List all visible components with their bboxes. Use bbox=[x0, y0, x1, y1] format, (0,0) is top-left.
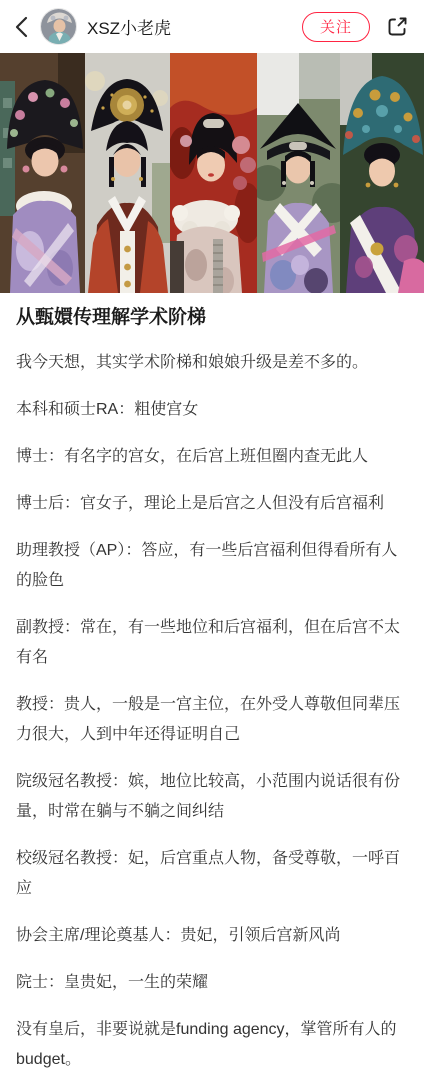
chevron-left-icon bbox=[11, 14, 33, 40]
post-paragraph: 校级冠名教授：妃，后宫重点人物，备受尊敬，一呼百应 bbox=[16, 844, 408, 904]
post-paragraph: 没有皇后，非要说就是funding agency，掌管所有人的budget。 bbox=[16, 1015, 408, 1075]
post-paragraph: 助理教授（AP）：答应，有一些后宫福利但得看所有人的脸色 bbox=[16, 536, 408, 596]
header: XSZ小老虎 关注 bbox=[0, 0, 424, 53]
post-image[interactable] bbox=[0, 53, 424, 293]
post-paragraph: 教授：贵人，一般是一宫主位，在外受人尊敬但同辈压力很大，人到中年还得证明自己 bbox=[16, 690, 408, 750]
avatar[interactable] bbox=[40, 8, 77, 45]
collage-panel-2 bbox=[85, 53, 170, 293]
share-external-icon bbox=[386, 15, 409, 38]
post-paragraph: 博士后：官女子，理论上是后宫之人但没有后宫福利 bbox=[16, 489, 408, 519]
post-title: 从甄嬛传理解学术阶梯 bbox=[16, 305, 408, 331]
username[interactable]: XSZ小老虎 bbox=[87, 14, 171, 39]
gold-clasp bbox=[371, 243, 384, 256]
post-content: 从甄嬛传理解学术阶梯 我今天想，其实学术阶梯和娘娘升级是差不多的。 本科和硕士R… bbox=[0, 293, 424, 1075]
post-paragraph: 院士：皇贵妃，一生的荣耀 bbox=[16, 968, 408, 998]
avatar-image bbox=[41, 9, 77, 45]
post-page: XSZ小老虎 关注 bbox=[0, 0, 424, 1080]
back-button[interactable] bbox=[8, 11, 36, 43]
post-paragraph: 副教授：常在，有一些地位和后宫福利，但在后宫不太有名 bbox=[16, 613, 408, 673]
silver-plaque bbox=[203, 119, 224, 128]
collage-panel-1 bbox=[0, 53, 85, 293]
post-paragraph: 协会主席/理论奠基人：贵妃，引领后宫新风尚 bbox=[16, 921, 408, 951]
collage-panel-4 bbox=[250, 53, 352, 293]
post-paragraph: 博士：有名字的宫女，在后宫上班但圈内查无此人 bbox=[16, 442, 408, 472]
collage-panel-5 bbox=[340, 53, 424, 293]
post-paragraph: 本科和硕士RA：粗使宫女 bbox=[16, 395, 408, 425]
collage-panel-3 bbox=[168, 53, 262, 293]
post-paragraph: 我今天想，其实学术阶梯和娘娘升级是差不多的。 bbox=[16, 348, 408, 378]
post-paragraph: 院级冠名教授：嫔，地位比较高，小范围内说话很有份量，时常在躺与不躺之间纠结 bbox=[16, 767, 408, 827]
share-button[interactable] bbox=[384, 14, 410, 40]
silver-ornament bbox=[289, 142, 307, 150]
follow-button[interactable]: 关注 bbox=[302, 12, 370, 42]
collage-image bbox=[0, 53, 424, 293]
flowers bbox=[232, 136, 250, 154]
